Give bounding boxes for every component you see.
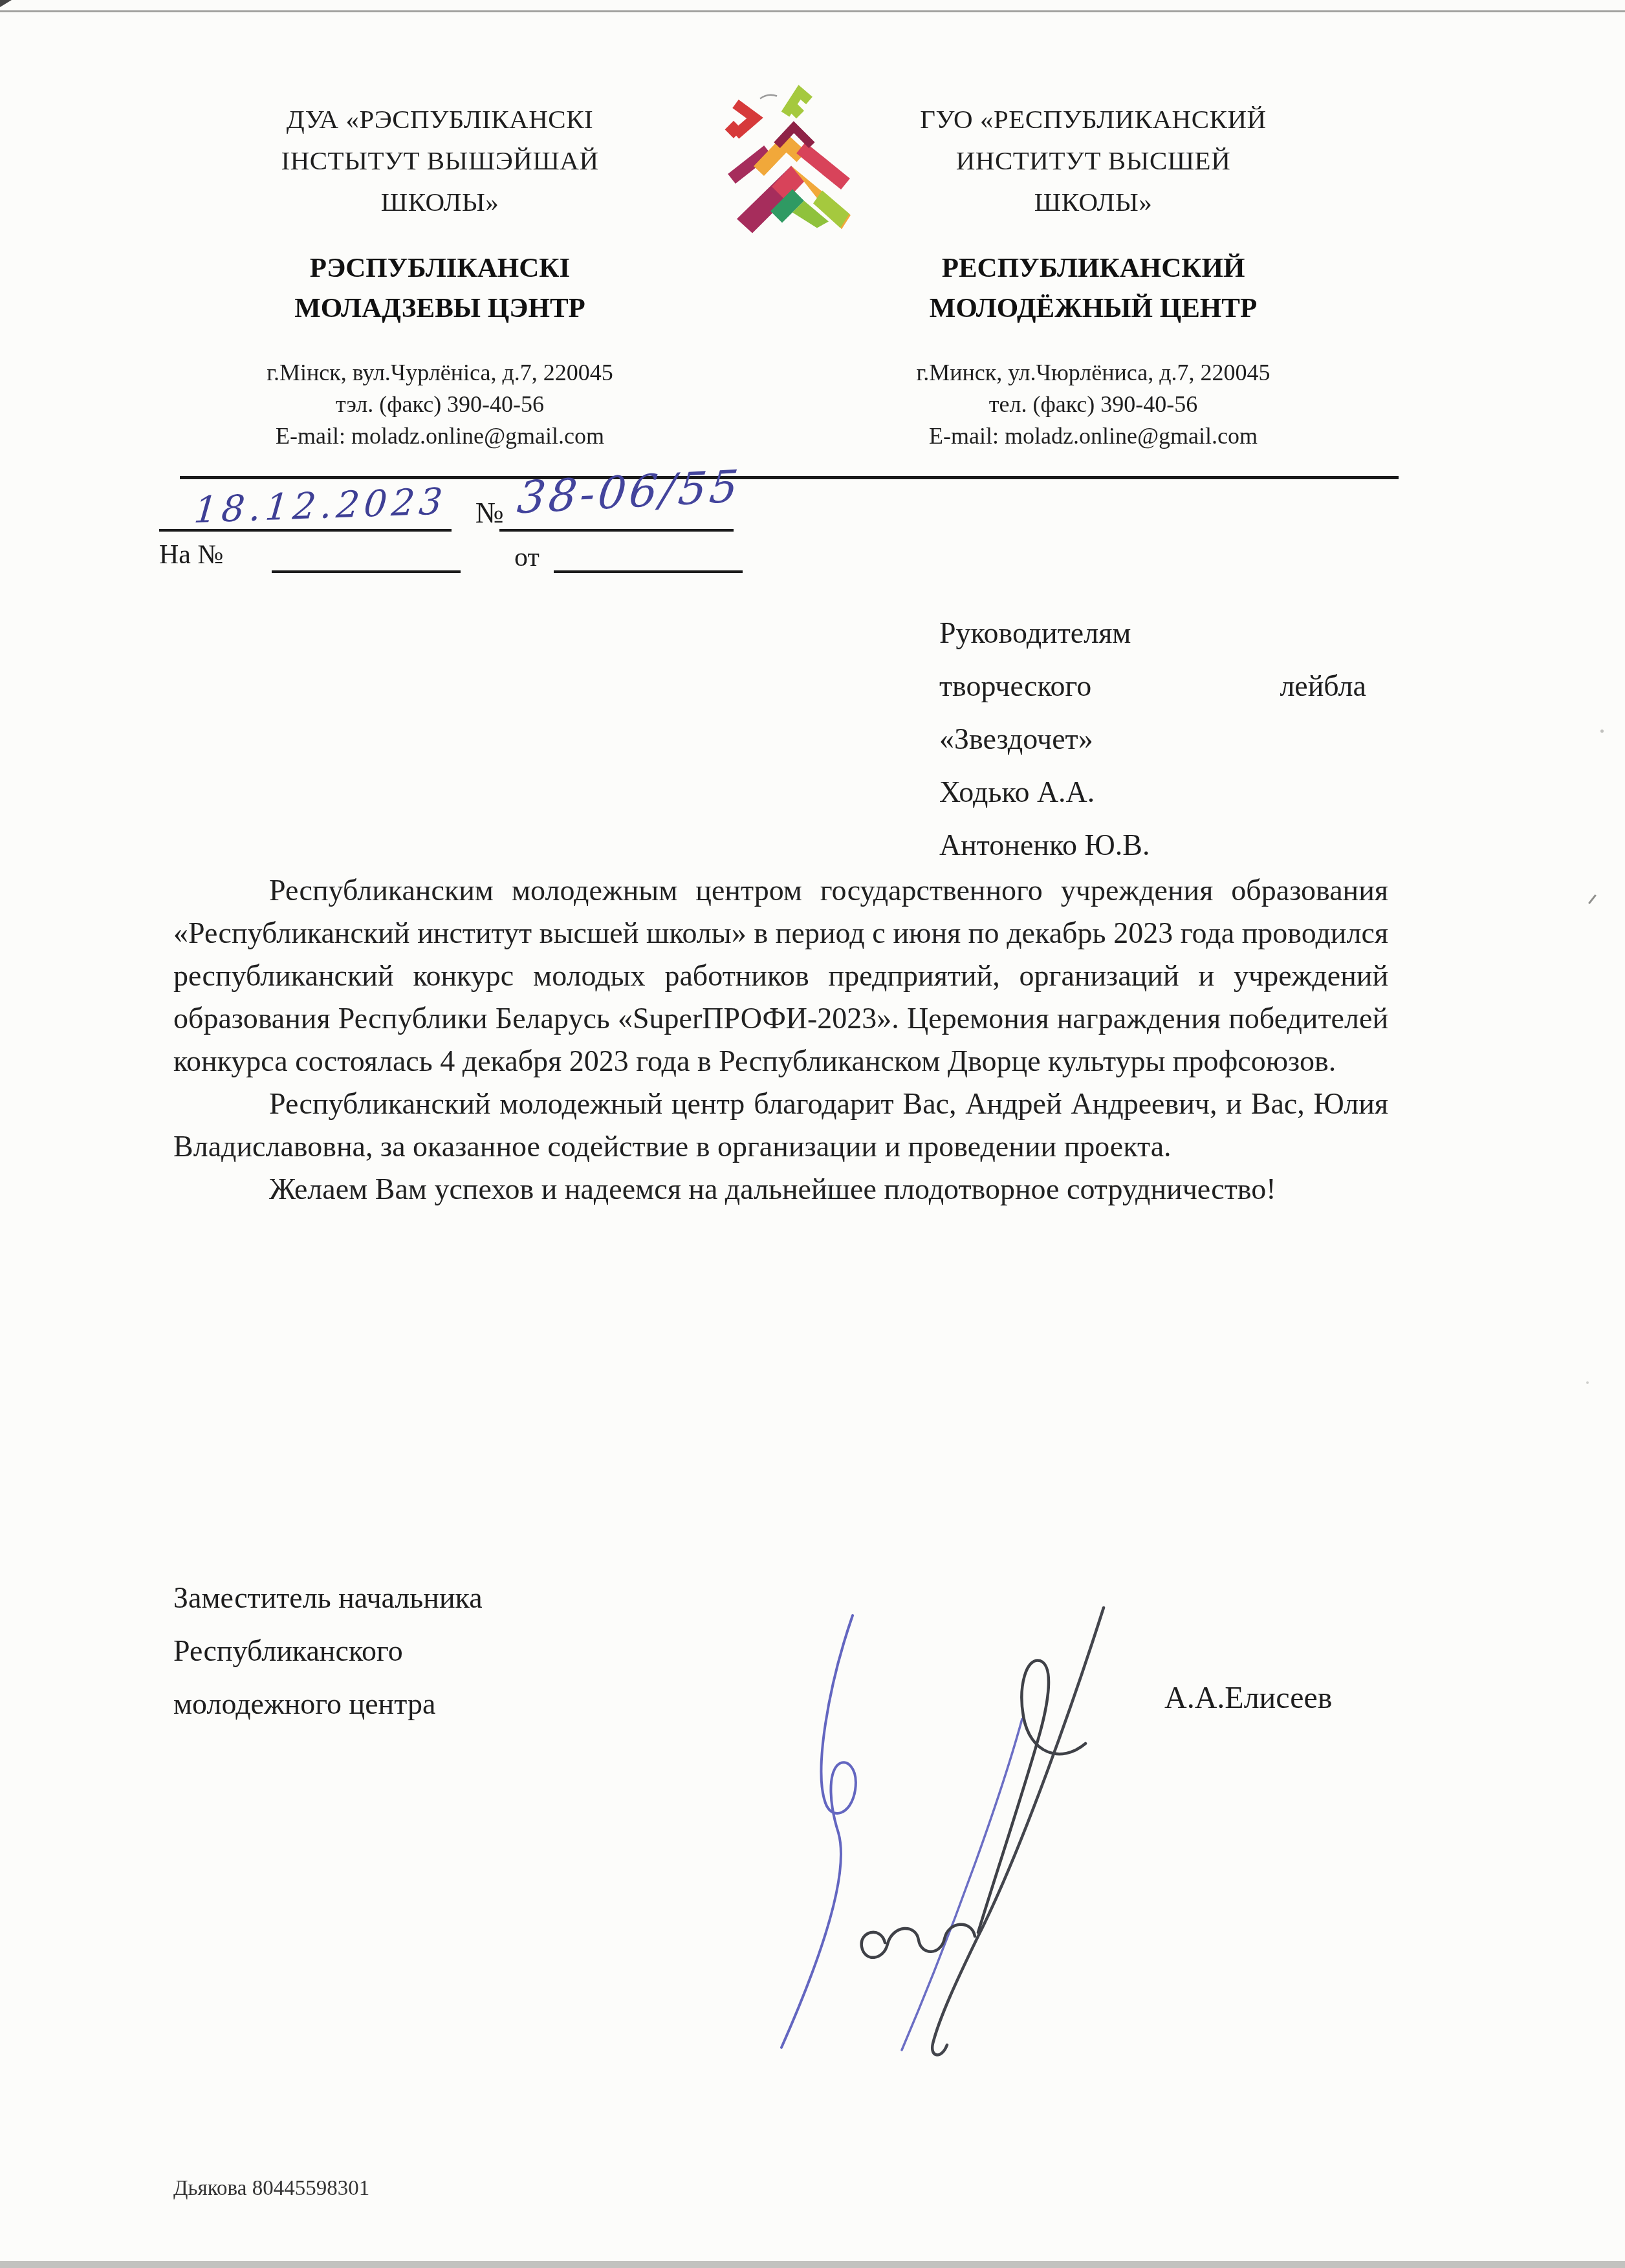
org-name-line: ИНСТИТУТ ВЫСШЕЙ: [847, 140, 1339, 181]
handwritten-outgoing-number: 38-06/55: [515, 461, 743, 524]
address-russian: г.Минск, ул.Чюрлёниса, д.7, 220045 тел. …: [847, 357, 1339, 452]
signer-name: А.А.Елисеев: [1164, 1680, 1332, 1716]
recipient-word: творческого: [939, 660, 1091, 713]
scanned-letter-page: ДУА «РЭСПУБЛІКАНСКІ ІНСТЫТУТ ВЫШЭЙШАЙ ШК…: [0, 0, 1625, 2268]
address-line: E-mail: moladz.online@gmail.com: [194, 420, 686, 452]
recipient-word: лейбла: [1280, 660, 1366, 713]
recipient-line: «Звездочет»: [939, 713, 1366, 766]
executor-contact: Дьякова 80445598301: [173, 2177, 369, 2201]
signer-title: Заместитель начальника Республиканского …: [173, 1571, 756, 1731]
body-paragraph: Республиканским молодежным центром госуд…: [173, 869, 1388, 1083]
recipient-block: Руководителям творческого лейбла «Звездо…: [939, 607, 1366, 872]
address-line: E-mail: moladz.online@gmail.com: [847, 420, 1339, 452]
org-name-belarusian: ДУА «РЭСПУБЛІКАНСКІ ІНСТЫТУТ ВЫШЭЙШАЙ ШК…: [194, 98, 686, 222]
from-label: от: [514, 542, 540, 573]
signer-title-line: молодежного центра: [173, 1678, 756, 1731]
recipient-line: Руководителям: [939, 607, 1366, 660]
org-name-line: ШКОЛЫ»: [194, 181, 686, 222]
address-line: тэл. (факс) 390-40-56: [194, 389, 686, 420]
signer-title-line: Заместитель начальника: [173, 1571, 756, 1625]
recipient-line: Антоненко Ю.В.: [939, 819, 1366, 872]
youth-center-logo-icon: [695, 81, 857, 233]
signer-title-line: Республиканского: [173, 1625, 756, 1678]
address-line: г.Мінск, вул.Чурлёніса, д.7, 220045: [194, 357, 686, 389]
scan-speck: [1588, 894, 1597, 904]
scan-corner-artifact: [0, 0, 12, 7]
reply-to-label: На №: [159, 539, 224, 570]
number-underline: [499, 529, 734, 532]
body-paragraph: Республиканский молодежный центр благода…: [173, 1083, 1388, 1168]
body-paragraph: Желаем Вам успехов и надеемся на дальней…: [173, 1168, 1388, 1211]
recipient-line: творческого лейбла: [939, 660, 1366, 713]
scan-edge-line: [0, 10, 1625, 12]
number-sign-label: №: [475, 495, 504, 530]
center-name-line: МОЛАДЗЕВЫ ЦЭНТР: [194, 288, 686, 329]
handwritten-signature: [744, 1570, 1158, 2075]
address-line: г.Минск, ул.Чюрлёниса, д.7, 220045: [847, 357, 1339, 389]
scan-speck: [1600, 729, 1604, 733]
date-underline: [159, 529, 452, 532]
letterhead-divider: [180, 476, 1399, 479]
handwritten-date: 18.12.2023: [192, 481, 448, 532]
center-name-line: РЭСПУБЛІКАНСКІ: [194, 248, 686, 288]
org-name-line: ДУА «РЭСПУБЛІКАНСКІ: [194, 98, 686, 140]
center-name-line: МОЛОДЁЖНЫЙ ЦЕНТР: [847, 288, 1339, 329]
org-name-line: ГУО «РЕСПУБЛИКАНСКИЙ: [847, 98, 1339, 140]
org-name-russian: ГУО «РЕСПУБЛИКАНСКИЙ ИНСТИТУТ ВЫСШЕЙ ШКО…: [847, 98, 1339, 222]
center-name-line: РЕСПУБЛИКАНСКИЙ: [847, 248, 1339, 288]
reply-number-underline: [272, 570, 461, 573]
center-name-russian: РЕСПУБЛИКАНСКИЙ МОЛОДЁЖНЫЙ ЦЕНТР: [847, 248, 1339, 329]
address-belarusian: г.Мінск, вул.Чурлёніса, д.7, 220045 тэл.…: [194, 357, 686, 452]
scan-bottom-edge: [0, 2261, 1625, 2268]
center-name-belarusian: РЭСПУБЛІКАНСКІ МОЛАДЗЕВЫ ЦЭНТР: [194, 248, 686, 329]
scan-speck: [1586, 1381, 1589, 1384]
address-line: тел. (факс) 390-40-56: [847, 389, 1339, 420]
reply-date-underline: [554, 570, 743, 573]
org-name-line: ШКОЛЫ»: [847, 181, 1339, 222]
letter-body: Республиканским молодежным центром госуд…: [173, 869, 1388, 1211]
recipient-line: Ходько А.А.: [939, 766, 1366, 819]
org-name-line: ІНСТЫТУТ ВЫШЭЙШАЙ: [194, 140, 686, 181]
